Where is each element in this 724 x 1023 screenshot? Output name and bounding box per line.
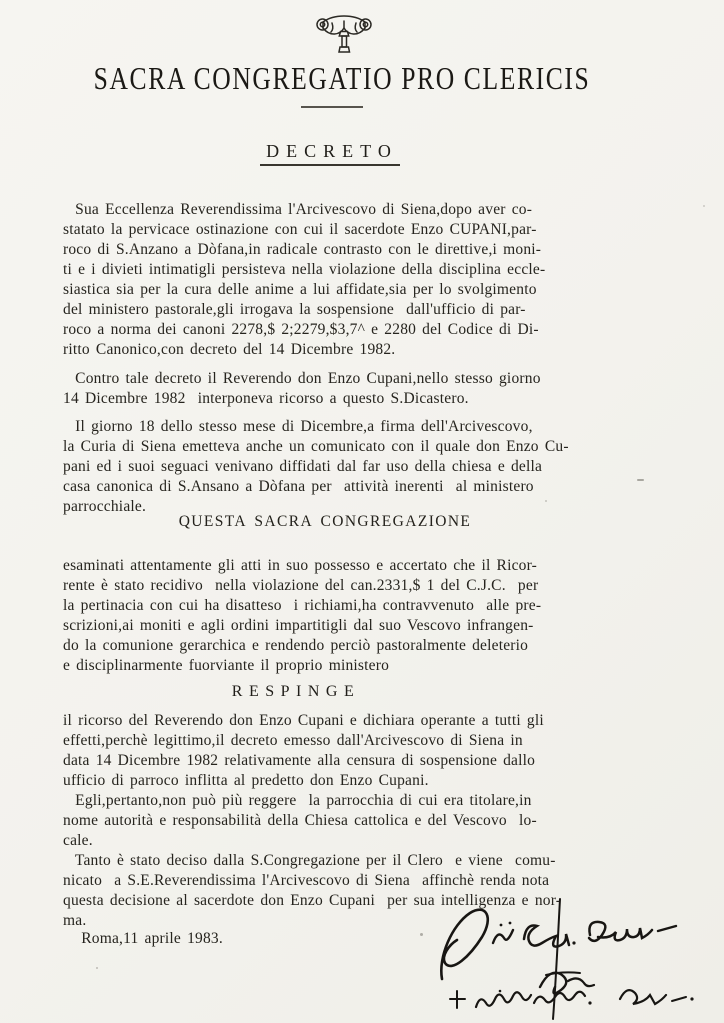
decree-document-page: SACRA CONGREGATIO PRO CLERICIS DECRETO S… bbox=[0, 0, 724, 1023]
scan-speck bbox=[637, 479, 644, 481]
page-title: SACRA CONGREGATIO PRO CLERICIS bbox=[68, 60, 615, 97]
congregation-crest-icon bbox=[314, 13, 374, 61]
congregation-heading: QUESTA SACRA CONGREGAZIONE bbox=[0, 513, 650, 531]
paragraph-decisione: il ricorso del Reverendo don Enzo Cupani… bbox=[63, 711, 669, 791]
respinge-heading: RESPINGE bbox=[0, 683, 592, 701]
scan-speck bbox=[545, 500, 547, 502]
decree-heading-wrap: DECRETO bbox=[0, 141, 660, 166]
prefect-title-signature bbox=[540, 899, 594, 1019]
paragraph-ostinazione: Sua Eccellenza Reverendissima l'Arcivesc… bbox=[63, 200, 669, 360]
decree-heading: DECRETO bbox=[260, 141, 400, 166]
scan-speck bbox=[96, 967, 98, 969]
title-rule bbox=[301, 106, 363, 108]
paragraph-ricorso: Contro tale decreto il Reverendo don Enz… bbox=[63, 369, 669, 409]
scan-speck bbox=[703, 205, 705, 207]
paragraph-esaminati: esaminati attentamente gli atti in suo p… bbox=[63, 556, 669, 676]
scan-speck bbox=[420, 933, 423, 936]
paragraph-egli: Egli,pertanto,non può più reggere la par… bbox=[63, 791, 669, 851]
signature-block bbox=[400, 895, 720, 1023]
paragraph-comunicato: Il giorno 18 dello stesso mese di Dicemb… bbox=[63, 417, 669, 517]
secretary-signature bbox=[450, 990, 694, 1008]
